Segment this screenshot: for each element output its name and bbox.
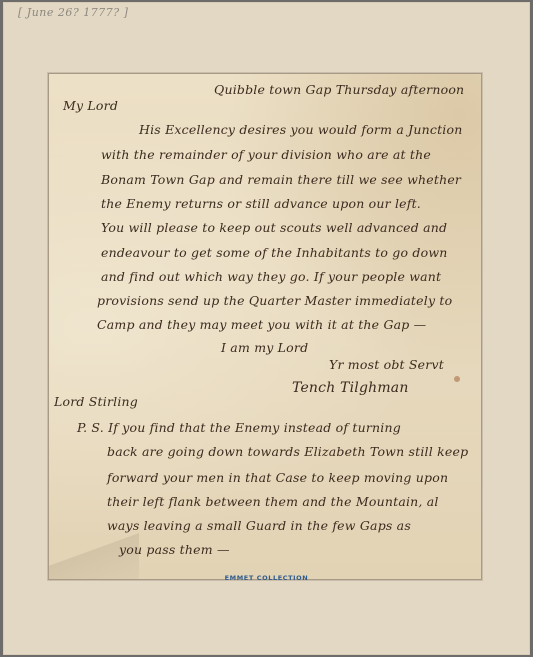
addressee: Lord Stirling (54, 394, 138, 409)
postscript-line: forward your men in that Case to keep mo… (107, 470, 448, 485)
body-line: Bonam Town Gap and remain there till we … (101, 172, 461, 187)
postscript-line: back are going down towards Elizabeth To… (107, 444, 468, 459)
ink-stain (454, 376, 460, 382)
postscript-line: P. S. If you find that the Enemy instead… (77, 420, 401, 435)
body-line: provisions send up the Quarter Master im… (97, 293, 452, 308)
closing-line: Yr most obt Servt (329, 357, 444, 372)
closing-line: I am my Lord (221, 340, 308, 355)
body-line: Camp and they may meet you with it at th… (97, 317, 426, 332)
body-line: with the remainder of your division who … (101, 147, 431, 162)
signature: Tench Tilghman (292, 380, 409, 396)
body-line: You will please to keep out scouts well … (101, 220, 447, 235)
postscript-line: their left flank between them and the Mo… (107, 494, 439, 509)
body-line: the Enemy returns or still advance upon … (101, 196, 421, 211)
archival-date-note: [ June 26? 1777? ] (18, 6, 128, 19)
body-line: His Excellency desires you would form a … (139, 122, 462, 137)
salutation: My Lord (63, 98, 118, 113)
body-line: and find out which way they go. If your … (101, 269, 441, 284)
postscript-line: you pass them — (119, 542, 230, 557)
body-line: endeavour to get some of the Inhabitants… (101, 245, 447, 260)
collection-stamp: EMMET COLLECTION (0, 574, 533, 582)
letter-sheet: Quibble town Gap Thursday afternoon My L… (48, 73, 482, 580)
postscript-line: ways leaving a small Guard in the few Ga… (107, 518, 411, 533)
dateline: Quibble town Gap Thursday afternoon (214, 82, 464, 97)
